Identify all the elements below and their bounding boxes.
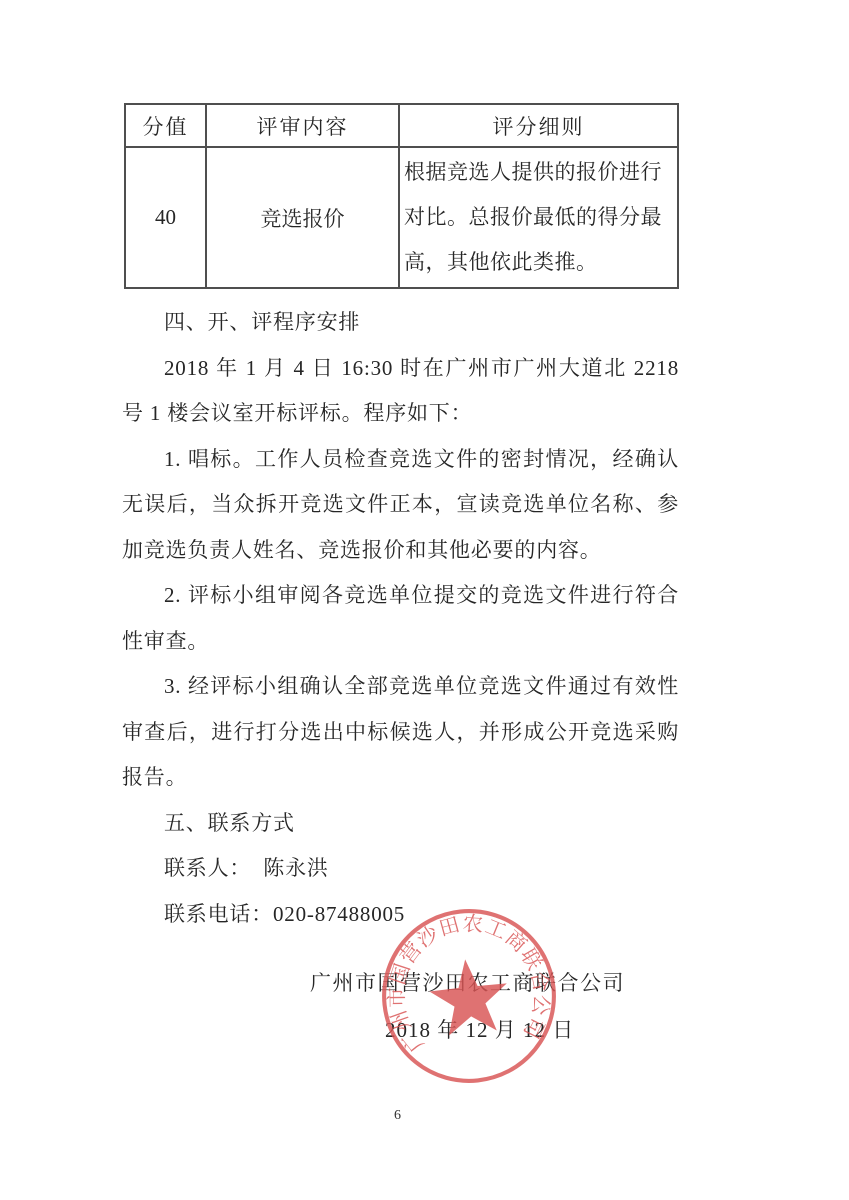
scoring-criteria-table: 分值 评审内容 评分细则 40 竞选报价 根据竞选人提供的报价进行对比。总报价最… <box>124 103 679 289</box>
table-header-row: 分值 评审内容 评分细则 <box>125 104 678 147</box>
header-scoring-rules: 评分细则 <box>399 104 678 147</box>
document-content: 分值 评审内容 评分细则 40 竞选报价 根据竞选人提供的报价进行对比。总报价最… <box>122 103 679 1054</box>
table-row: 40 竞选报价 根据竞选人提供的报价进行对比。总报价最低的得分最高，其他依此类推… <box>125 147 678 288</box>
paragraph-step2: 2. 评标小组审阅各竞选单位提交的竞选文件进行符合性审查。 <box>122 573 679 664</box>
signature-date: 2018 年 12 月 12 日 <box>122 1006 679 1054</box>
paragraph-step3: 3. 经评标小组确认全部竞选单位竞选文件通过有效性审查后，进行打分选出中标候选人… <box>122 664 679 801</box>
cell-score: 40 <box>125 147 206 288</box>
section4-heading: 四、开、评程序安排 <box>122 300 679 346</box>
header-review-content: 评审内容 <box>206 104 399 147</box>
paragraph-step1: 1. 唱标。工作人员检查竞选文件的密封情况，经确认无误后，当众拆开竞选文件正本，… <box>122 437 679 574</box>
cell-review-content: 竞选报价 <box>206 147 399 288</box>
page-number: 6 <box>394 1108 401 1124</box>
section5-heading: 五、联系方式 <box>122 801 679 847</box>
signature-company-name: 广州市国营沙田农工商联合公司 <box>122 961 679 1006</box>
header-score: 分值 <box>125 104 206 147</box>
contact-person: 联系人： 陈永洪 <box>122 846 679 892</box>
signature-block: 广州市国营沙田农工商联合公司 2018 年 12 月 12 日 <box>122 961 679 1054</box>
cell-scoring-rules: 根据竞选人提供的报价进行对比。总报价最低的得分最高，其他依此类推。 <box>399 147 678 288</box>
contact-phone: 联系电话：020-87488005 <box>122 892 679 938</box>
document-page: 分值 评审内容 评分细则 40 竞选报价 根据竞选人提供的报价进行对比。总报价最… <box>0 0 849 1200</box>
body-text: 四、开、评程序安排 2018 年 1 月 4 日 16:30 时在广州市广州大道… <box>122 300 679 937</box>
paragraph-meeting-info: 2018 年 1 月 4 日 16:30 时在广州市广州大道北 2218 号 1… <box>122 346 679 437</box>
